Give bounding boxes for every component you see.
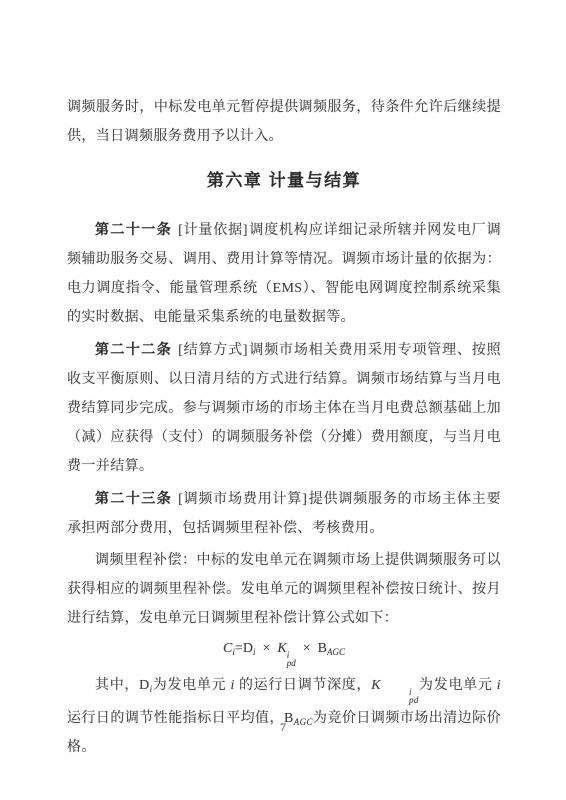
continuation-text: 调频服务时，中标发电单元暂停提供调频服务，待条件允许后继续提供，当日调频服务费用…	[67, 100, 501, 144]
explanation-s1: 其中，	[95, 678, 139, 693]
article-22-paragraph: 第二十二条[结算方式]调频市场相关费用采用专项管理、按照收支平衡原则、以日清月结…	[67, 335, 501, 481]
document-page: 调频服务时，中标发电单元暂停提供调频服务，待条件允许后继续提供，当日调频服务费用…	[0, 0, 566, 800]
formula-equals: =	[235, 641, 243, 656]
page-number: 7	[0, 720, 566, 735]
paragraph-continuation: 调频服务时，中标发电单元暂停提供调频服务，待条件允许后继续提供，当日调频服务费用…	[67, 93, 501, 151]
article-22-text: 调频市场相关费用采用专项管理、按照收支平衡原则、以日清月结的方式进行结算。调频市…	[67, 343, 501, 474]
formula-times-2: ×	[303, 641, 311, 656]
explanation-s2: 为发电单元	[153, 678, 231, 693]
formula-var-k: K	[277, 641, 286, 656]
formula-var-k-scripts: ipd	[287, 651, 296, 667]
explanation-var-d: D	[139, 678, 150, 693]
article-21-number: 第二十一条	[95, 221, 172, 237]
formula-times-1: ×	[262, 641, 270, 656]
formula-var-b: B	[318, 641, 327, 656]
formula-var-c: C	[223, 641, 232, 656]
article-22-number: 第二十二条	[95, 341, 172, 357]
formula-var-k-sub: pd	[287, 659, 296, 667]
article-21-paragraph: 第二十一条[计量依据]调度机构应详细记录所辖并网发电厂调频辅助服务交易、调用、费…	[67, 215, 501, 332]
compensation-formula: Ci=Di×Kipd×BAGC	[67, 636, 501, 667]
formula-var-d: D	[243, 641, 253, 656]
explanation-paragraph: 其中，Di为发电单元 i 的运行日调节深度，Kipd为发电单元 i 运行日的调节…	[67, 671, 501, 762]
article-23-number: 第二十三条	[95, 490, 172, 506]
mileage-paragraph: 调频里程补偿：中标的发电单元在调频市场上提供调频服务可以获得相应的调频里程补偿。…	[67, 546, 501, 633]
article-23-tag: [调频市场费用计算]	[178, 492, 307, 507]
explanation-var-k-sub: pd	[381, 696, 419, 704]
article-22-tag: [结算方式]	[178, 343, 248, 358]
chapter-heading: 第六章 计量与结算	[67, 168, 501, 194]
explanation-s4: 为发电单元	[419, 678, 497, 693]
article-23-paragraph: 第二十三条[调频市场费用计算]提供调频服务的市场主体主要承担两部分费用，包括调频…	[67, 484, 501, 543]
explanation-var-k: K	[371, 678, 381, 693]
explanation-var-i2: i	[497, 678, 501, 693]
explanation-var-k-scripts: ipd	[381, 688, 419, 704]
article-21-text: 调度机构应详细记录所辖并网发电厂调频辅助服务交易、调用、费用计算等情况。调频市场…	[67, 223, 501, 325]
explanation-s3: 的运行日调节深度，	[235, 678, 371, 693]
formula-var-b-sub: AGC	[327, 647, 345, 657]
mileage-text: 调频里程补偿：中标的发电单元在调频市场上提供调频服务可以获得相应的调频里程补偿。…	[67, 553, 501, 626]
article-21-tag: [计量依据]	[178, 223, 248, 238]
formula-var-d-sub: i	[253, 647, 256, 657]
